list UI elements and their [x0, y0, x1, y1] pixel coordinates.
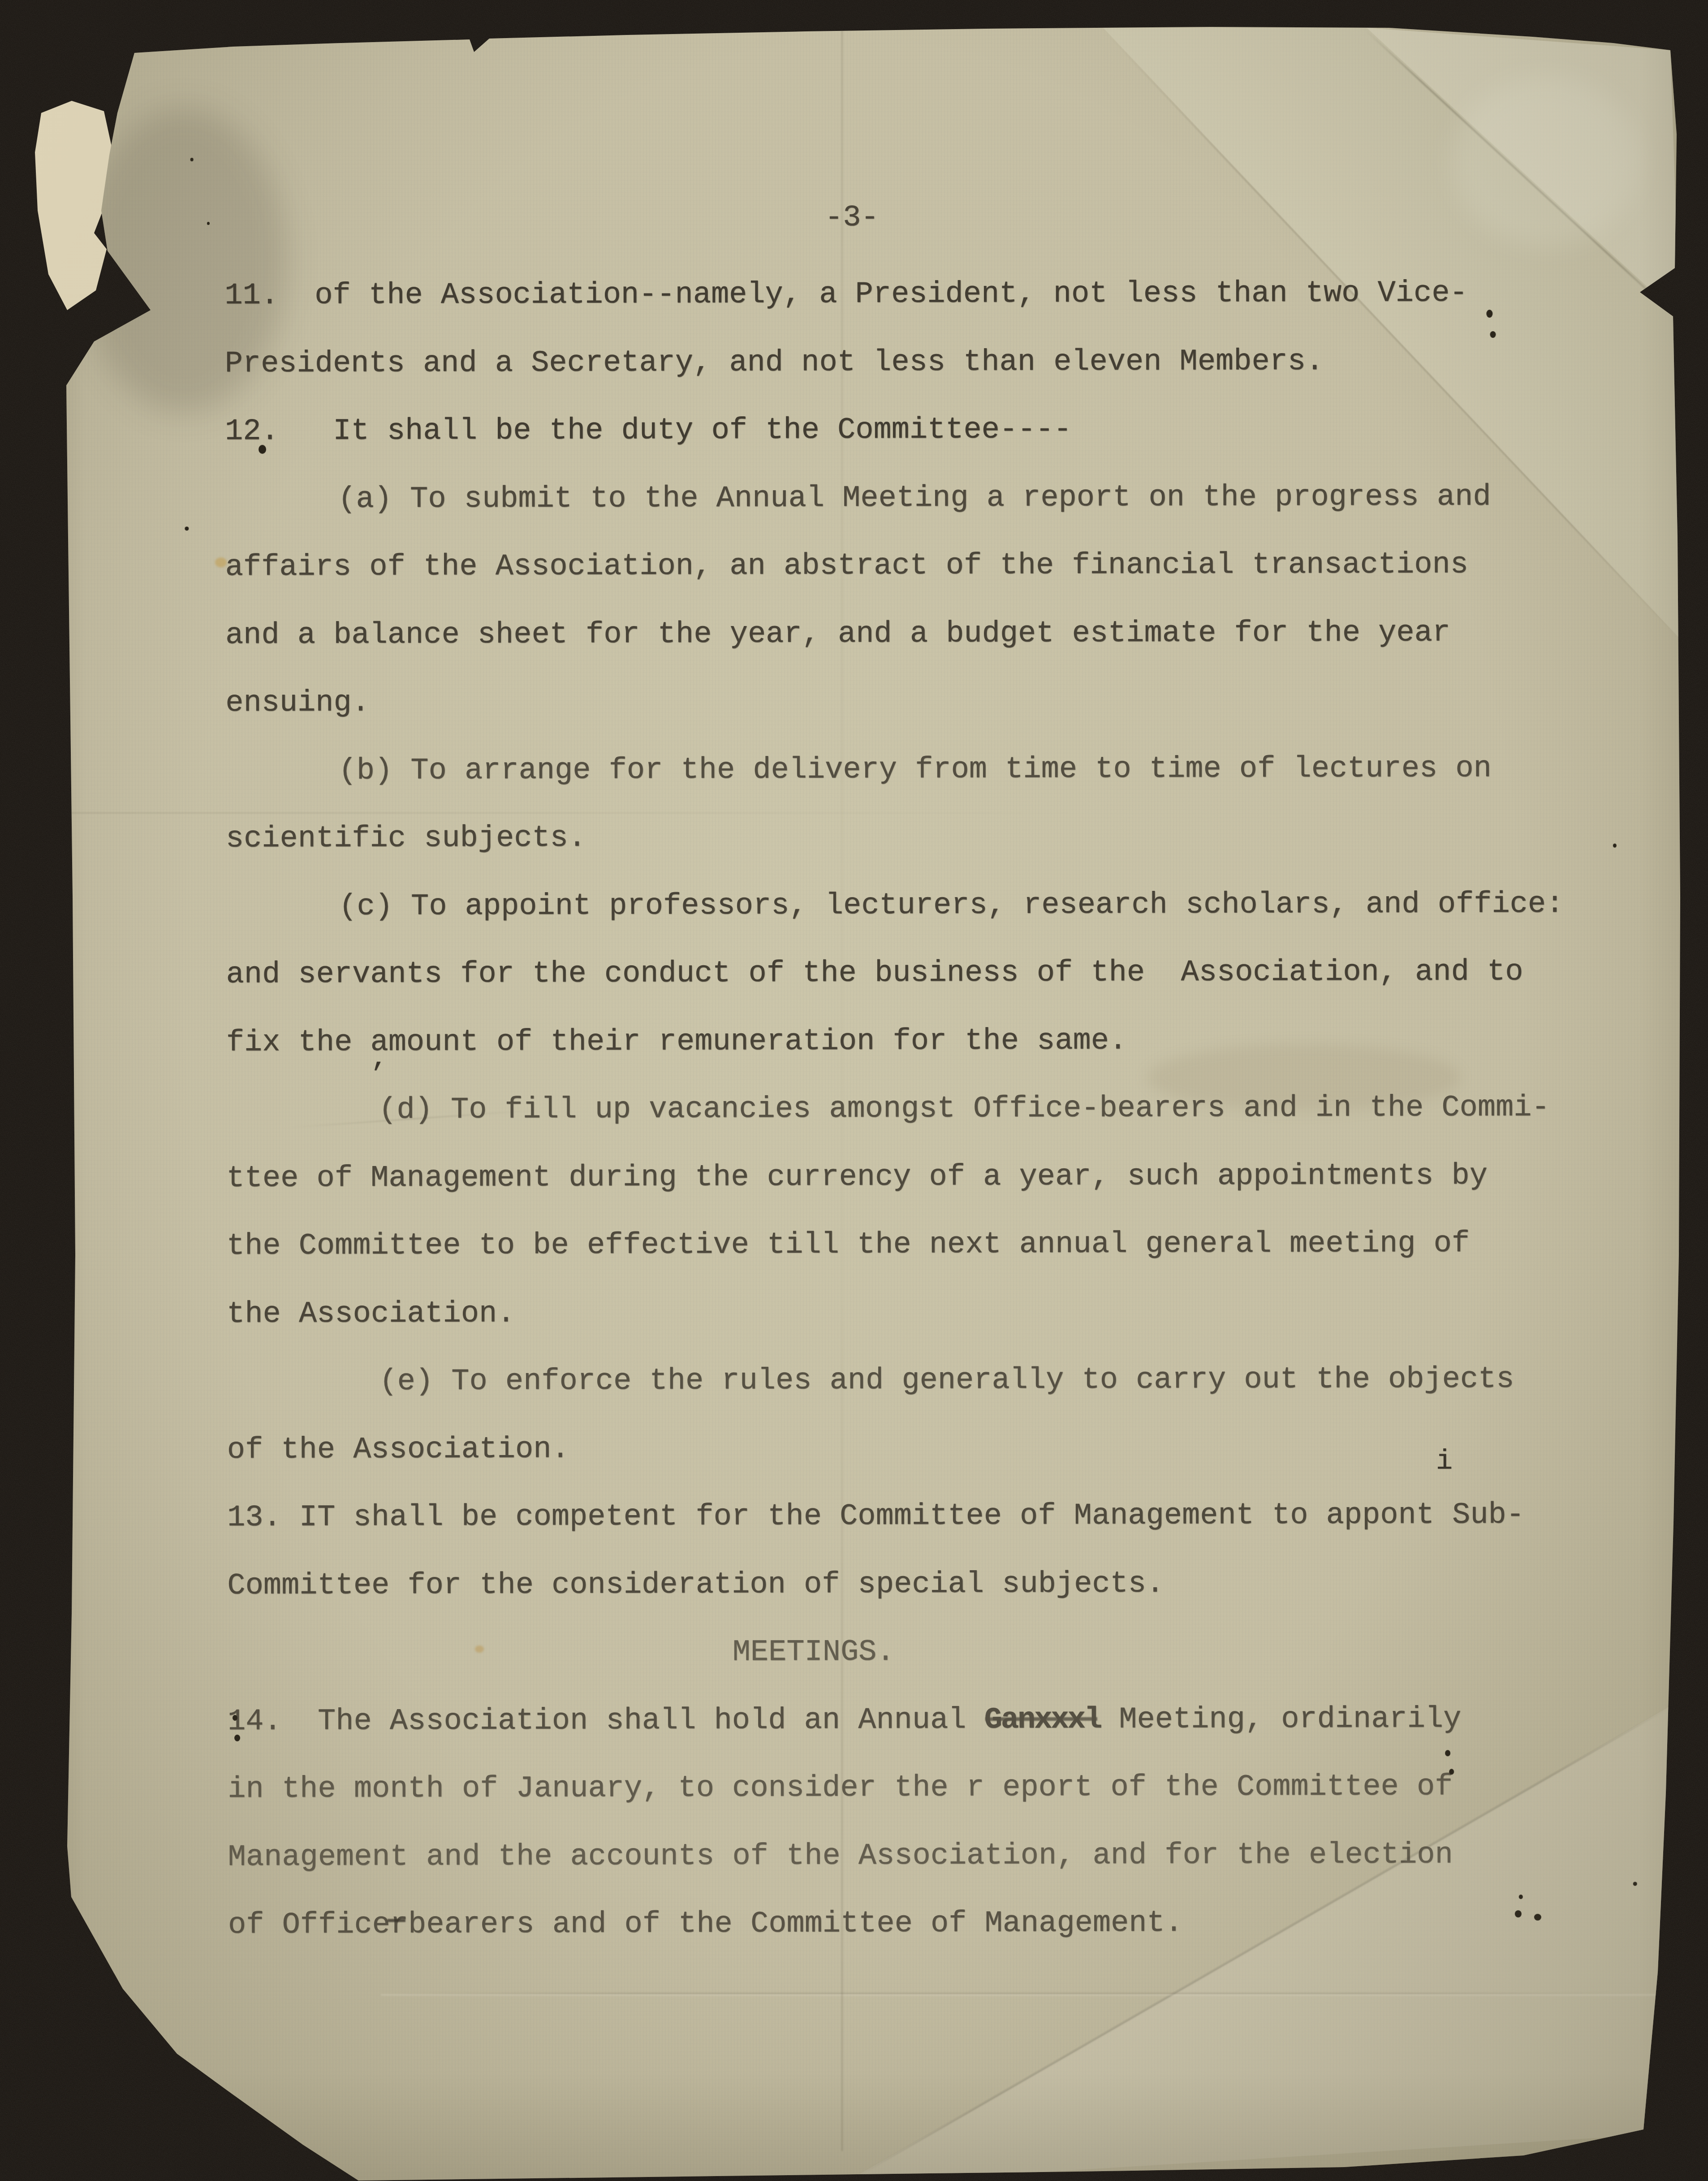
section-heading: MEETINGS.	[733, 1632, 895, 1673]
typed-line: (b) To arrange for the delivery from tim…	[338, 748, 1491, 791]
pinhole-b	[207, 222, 210, 225]
typed-line: ttee of Management during the currency o…	[226, 1156, 1488, 1199]
typed-line: Management and the accounts of the Assoc…	[228, 1835, 1453, 1878]
typed-line: of Officerbearers and of the Committee o…	[228, 1903, 1183, 1945]
struck-out-word: Ganxxxl	[984, 1699, 1101, 1740]
ink-colon-right-margin-b	[1490, 331, 1496, 338]
typed-line: Presidents and a Secretary, and not less…	[225, 341, 1324, 384]
typed-line: and servants for the conduct of the busi…	[226, 952, 1523, 995]
typed-line: in the month of January, to consider the…	[228, 1766, 1453, 1810]
ink-cluster-b	[1515, 1910, 1522, 1918]
apostrophe-before-d: ’	[369, 1058, 386, 1090]
typed-line: 11. of the Association--namely, a Presid…	[224, 273, 1467, 316]
pinhole-a	[190, 158, 194, 161]
typed-line: the Association.	[227, 1293, 515, 1334]
typed-line: (d) To fill up vacancies amongst Office-…	[379, 1088, 1550, 1130]
typed-line: Committee for the consideration of speci…	[227, 1563, 1164, 1606]
stray-period-left-margin	[185, 527, 189, 531]
ink-cluster-a	[1519, 1895, 1523, 1899]
typed-line: and a balance sheet for the year, and a …	[225, 613, 1450, 656]
ink-cluster-c	[1534, 1914, 1541, 1921]
typed-line: scientific subjects.	[226, 818, 586, 859]
speck-bottom-right	[1633, 1882, 1637, 1886]
ink-colon-after-of-a	[1445, 1750, 1450, 1756]
page-number: -3-	[825, 201, 879, 235]
typed-line: of the Association.	[227, 1429, 569, 1470]
typed-line: 12. It shall be the duty of the Committe…	[225, 410, 1072, 452]
typed-line: (a) To submit to the Annual Meeting a re…	[338, 477, 1491, 519]
typed-line: the Committee to be effective till the n…	[227, 1223, 1470, 1266]
ink-colon-right-margin-a	[1486, 310, 1492, 318]
speck-right-margin	[1613, 843, 1617, 847]
typed-line: (e) To enforce the rules and generally t…	[379, 1359, 1514, 1402]
document-page: -3- 11. of the Association--namely, a Pr…	[0, 0, 1708, 2181]
typed-line: ensuing.	[225, 682, 370, 723]
scanned-document-scene: -3- 11. of the Association--namely, a Pr…	[0, 0, 1708, 2181]
typed-line: (c) To appoint professors, lecturers, re…	[339, 884, 1564, 927]
typed-line: fix the amount of their remuneration for…	[226, 1020, 1127, 1062]
typed-line: 13. IT shall be competent for the Commit…	[227, 1495, 1524, 1538]
typed-line: 14. The Association shall hold an Annual…	[228, 1699, 1461, 1742]
typed-text-block: -3- 11. of the Association--namely, a Pr…	[0, 0, 1708, 2181]
typed-line: affairs of the Association, an abstract …	[225, 544, 1468, 587]
typed-i-above-line-13: i	[1436, 1445, 1453, 1477]
